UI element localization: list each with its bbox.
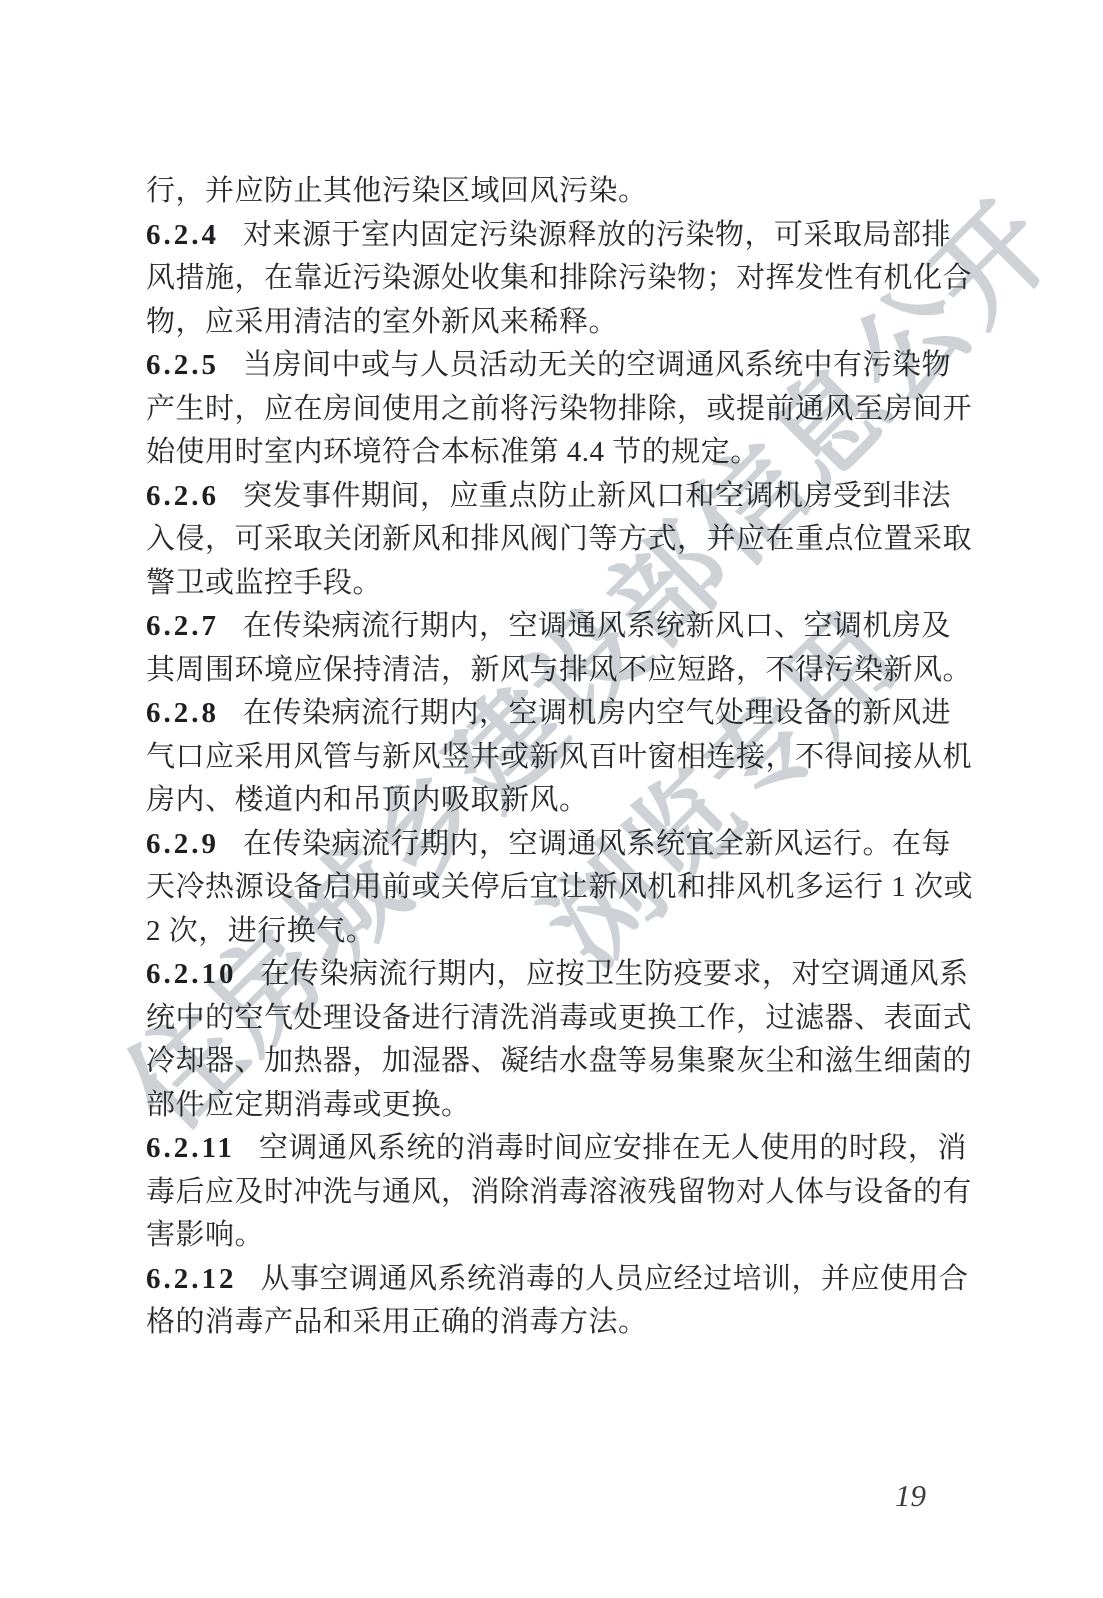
text-line: 6.2.10在传染病流行期内，应按卫生防疫要求，对空调通风系 <box>146 953 976 997</box>
text-line: 房内、楼道内和吊顶内吸取新风。 <box>146 779 976 823</box>
line-text: 空调通风系统的消毒时间应安排在无人使用的时段，消 <box>259 1132 967 1164</box>
text-line: 始使用时室内环境符合本标准第 4.4 节的规定。 <box>146 431 976 475</box>
line-text: 统中的空气处理设备进行清洗消毒或更换工作，过滤器、表面式 <box>146 1002 972 1034</box>
line-text: 格的消毒产品和采用正确的消毒方法。 <box>146 1306 648 1338</box>
text-line: 统中的空气处理设备进行清洗消毒或更换工作，过滤器、表面式 <box>146 997 976 1041</box>
text-line: 天冷热源设备启用前或关停后宜让新风机和排风机多运行 1 次或 <box>146 866 976 910</box>
line-text: 物，应采用清洁的室外新风来稀释。 <box>146 306 618 338</box>
line-text: 行，并应防止其他污染区域回风污染。 <box>146 175 648 207</box>
section-number: 6.2.10 <box>146 958 237 990</box>
section-number: 6.2.5 <box>146 349 219 381</box>
text-line: 物，应采用清洁的室外新风来稀释。 <box>146 301 976 345</box>
line-text: 警卫或监控手段。 <box>146 567 382 599</box>
line-text: 从事空调通风系统消毒的人员应经过培训，并应使用合 <box>261 1263 969 1295</box>
text-line: 6.2.5当房间中或与人员活动无关的空调通风系统中有污染物 <box>146 344 976 388</box>
text-line: 产生时，应在房间使用之前将污染物排除，或提前通风至房间开 <box>146 388 976 432</box>
line-text: 入侵，可采取关闭新风和排风阀门等方式，并应在重点位置采取 <box>146 523 972 555</box>
section-number: 6.2.12 <box>146 1263 237 1295</box>
text-line: 2 次，进行换气。 <box>146 910 976 954</box>
line-text: 气口应采用风管与新风竖井或新风百叶窗相连接，不得间接从机 <box>146 741 972 773</box>
text-line: 6.2.11空调通风系统的消毒时间应安排在无人使用的时段，消 <box>146 1127 976 1171</box>
text-line: 部件应定期消毒或更换。 <box>146 1084 976 1128</box>
line-text: 产生时，应在房间使用之前将污染物排除，或提前通风至房间开 <box>146 393 972 425</box>
document-page: 住房城乡建设部信息公开 浏览专用 行，并应防止其他污染区域回风污染。6.2.4对… <box>0 0 1103 1598</box>
text-line: 毒后应及时冲洗与通风，消除消毒溶液残留物对人体与设备的有 <box>146 1171 976 1215</box>
text-line: 6.2.4对来源于室内固定污染源释放的污染物，可采取局部排 <box>146 214 976 258</box>
line-text: 始使用时室内环境符合本标准第 4.4 节的规定。 <box>146 436 760 468</box>
section-number: 6.2.11 <box>146 1132 235 1164</box>
line-text: 突发事件期间，应重点防止新风口和空调机房受到非法 <box>243 480 951 512</box>
line-text: 害影响。 <box>146 1219 264 1251</box>
text-line: 风措施，在靠近污染源处收集和排除污染物；对挥发性有机化合 <box>146 257 976 301</box>
line-text: 在传染病流行期内，空调通风系统新风口、空调机房及 <box>243 610 951 642</box>
line-text: 风措施，在靠近污染源处收集和排除污染物；对挥发性有机化合 <box>146 262 972 294</box>
line-text: 在传染病流行期内，空调机房内空气处理设备的新风进 <box>243 697 951 729</box>
line-text: 当房间中或与人员活动无关的空调通风系统中有污染物 <box>243 349 951 381</box>
line-text: 天冷热源设备启用前或关停后宜让新风机和排风机多运行 1 次或 <box>146 871 973 903</box>
section-number: 6.2.4 <box>146 219 219 251</box>
section-number: 6.2.9 <box>146 828 219 860</box>
line-text: 毒后应及时冲洗与通风，消除消毒溶液残留物对人体与设备的有 <box>146 1176 972 1208</box>
line-text: 其周围环境应保持清洁，新风与排风不应短路，不得污染新风。 <box>146 654 972 686</box>
line-text: 房内、楼道内和吊顶内吸取新风。 <box>146 784 589 816</box>
line-text: 2 次，进行换气。 <box>146 915 375 947</box>
line-text: 部件应定期消毒或更换。 <box>146 1089 471 1121</box>
text-line: 冷却器、加热器，加湿器、凝结水盘等易集聚灰尘和滋生细菌的 <box>146 1040 976 1084</box>
text-line: 气口应采用风管与新风竖井或新风百叶窗相连接，不得间接从机 <box>146 736 976 780</box>
text-line: 入侵，可采取关闭新风和排风阀门等方式，并应在重点位置采取 <box>146 518 976 562</box>
text-line: 6.2.6突发事件期间，应重点防止新风口和空调机房受到非法 <box>146 475 976 519</box>
body-text: 行，并应防止其他污染区域回风污染。6.2.4对来源于室内固定污染源释放的污染物，… <box>146 170 976 1345</box>
text-line: 6.2.7在传染病流行期内，空调通风系统新风口、空调机房及 <box>146 605 976 649</box>
page-number: 19 <box>895 1478 926 1514</box>
text-line: 警卫或监控手段。 <box>146 562 976 606</box>
text-line: 其周围环境应保持清洁，新风与排风不应短路，不得污染新风。 <box>146 649 976 693</box>
section-number: 6.2.7 <box>146 610 219 642</box>
line-text: 在传染病流行期内，空调通风系统宜全新风运行。在每 <box>243 828 951 860</box>
section-number: 6.2.8 <box>146 697 219 729</box>
line-text: 在传染病流行期内，应按卫生防疫要求，对空调通风系 <box>261 958 969 990</box>
line-text: 冷却器、加热器，加湿器、凝结水盘等易集聚灰尘和滋生细菌的 <box>146 1045 972 1077</box>
text-line: 格的消毒产品和采用正确的消毒方法。 <box>146 1301 976 1345</box>
text-line: 害影响。 <box>146 1214 976 1258</box>
text-line: 行，并应防止其他污染区域回风污染。 <box>146 170 976 214</box>
text-line: 6.2.12从事空调通风系统消毒的人员应经过培训，并应使用合 <box>146 1258 976 1302</box>
section-number: 6.2.6 <box>146 480 219 512</box>
text-line: 6.2.8在传染病流行期内，空调机房内空气处理设备的新风进 <box>146 692 976 736</box>
line-text: 对来源于室内固定污染源释放的污染物，可采取局部排 <box>243 219 951 251</box>
text-line: 6.2.9在传染病流行期内，空调通风系统宜全新风运行。在每 <box>146 823 976 867</box>
